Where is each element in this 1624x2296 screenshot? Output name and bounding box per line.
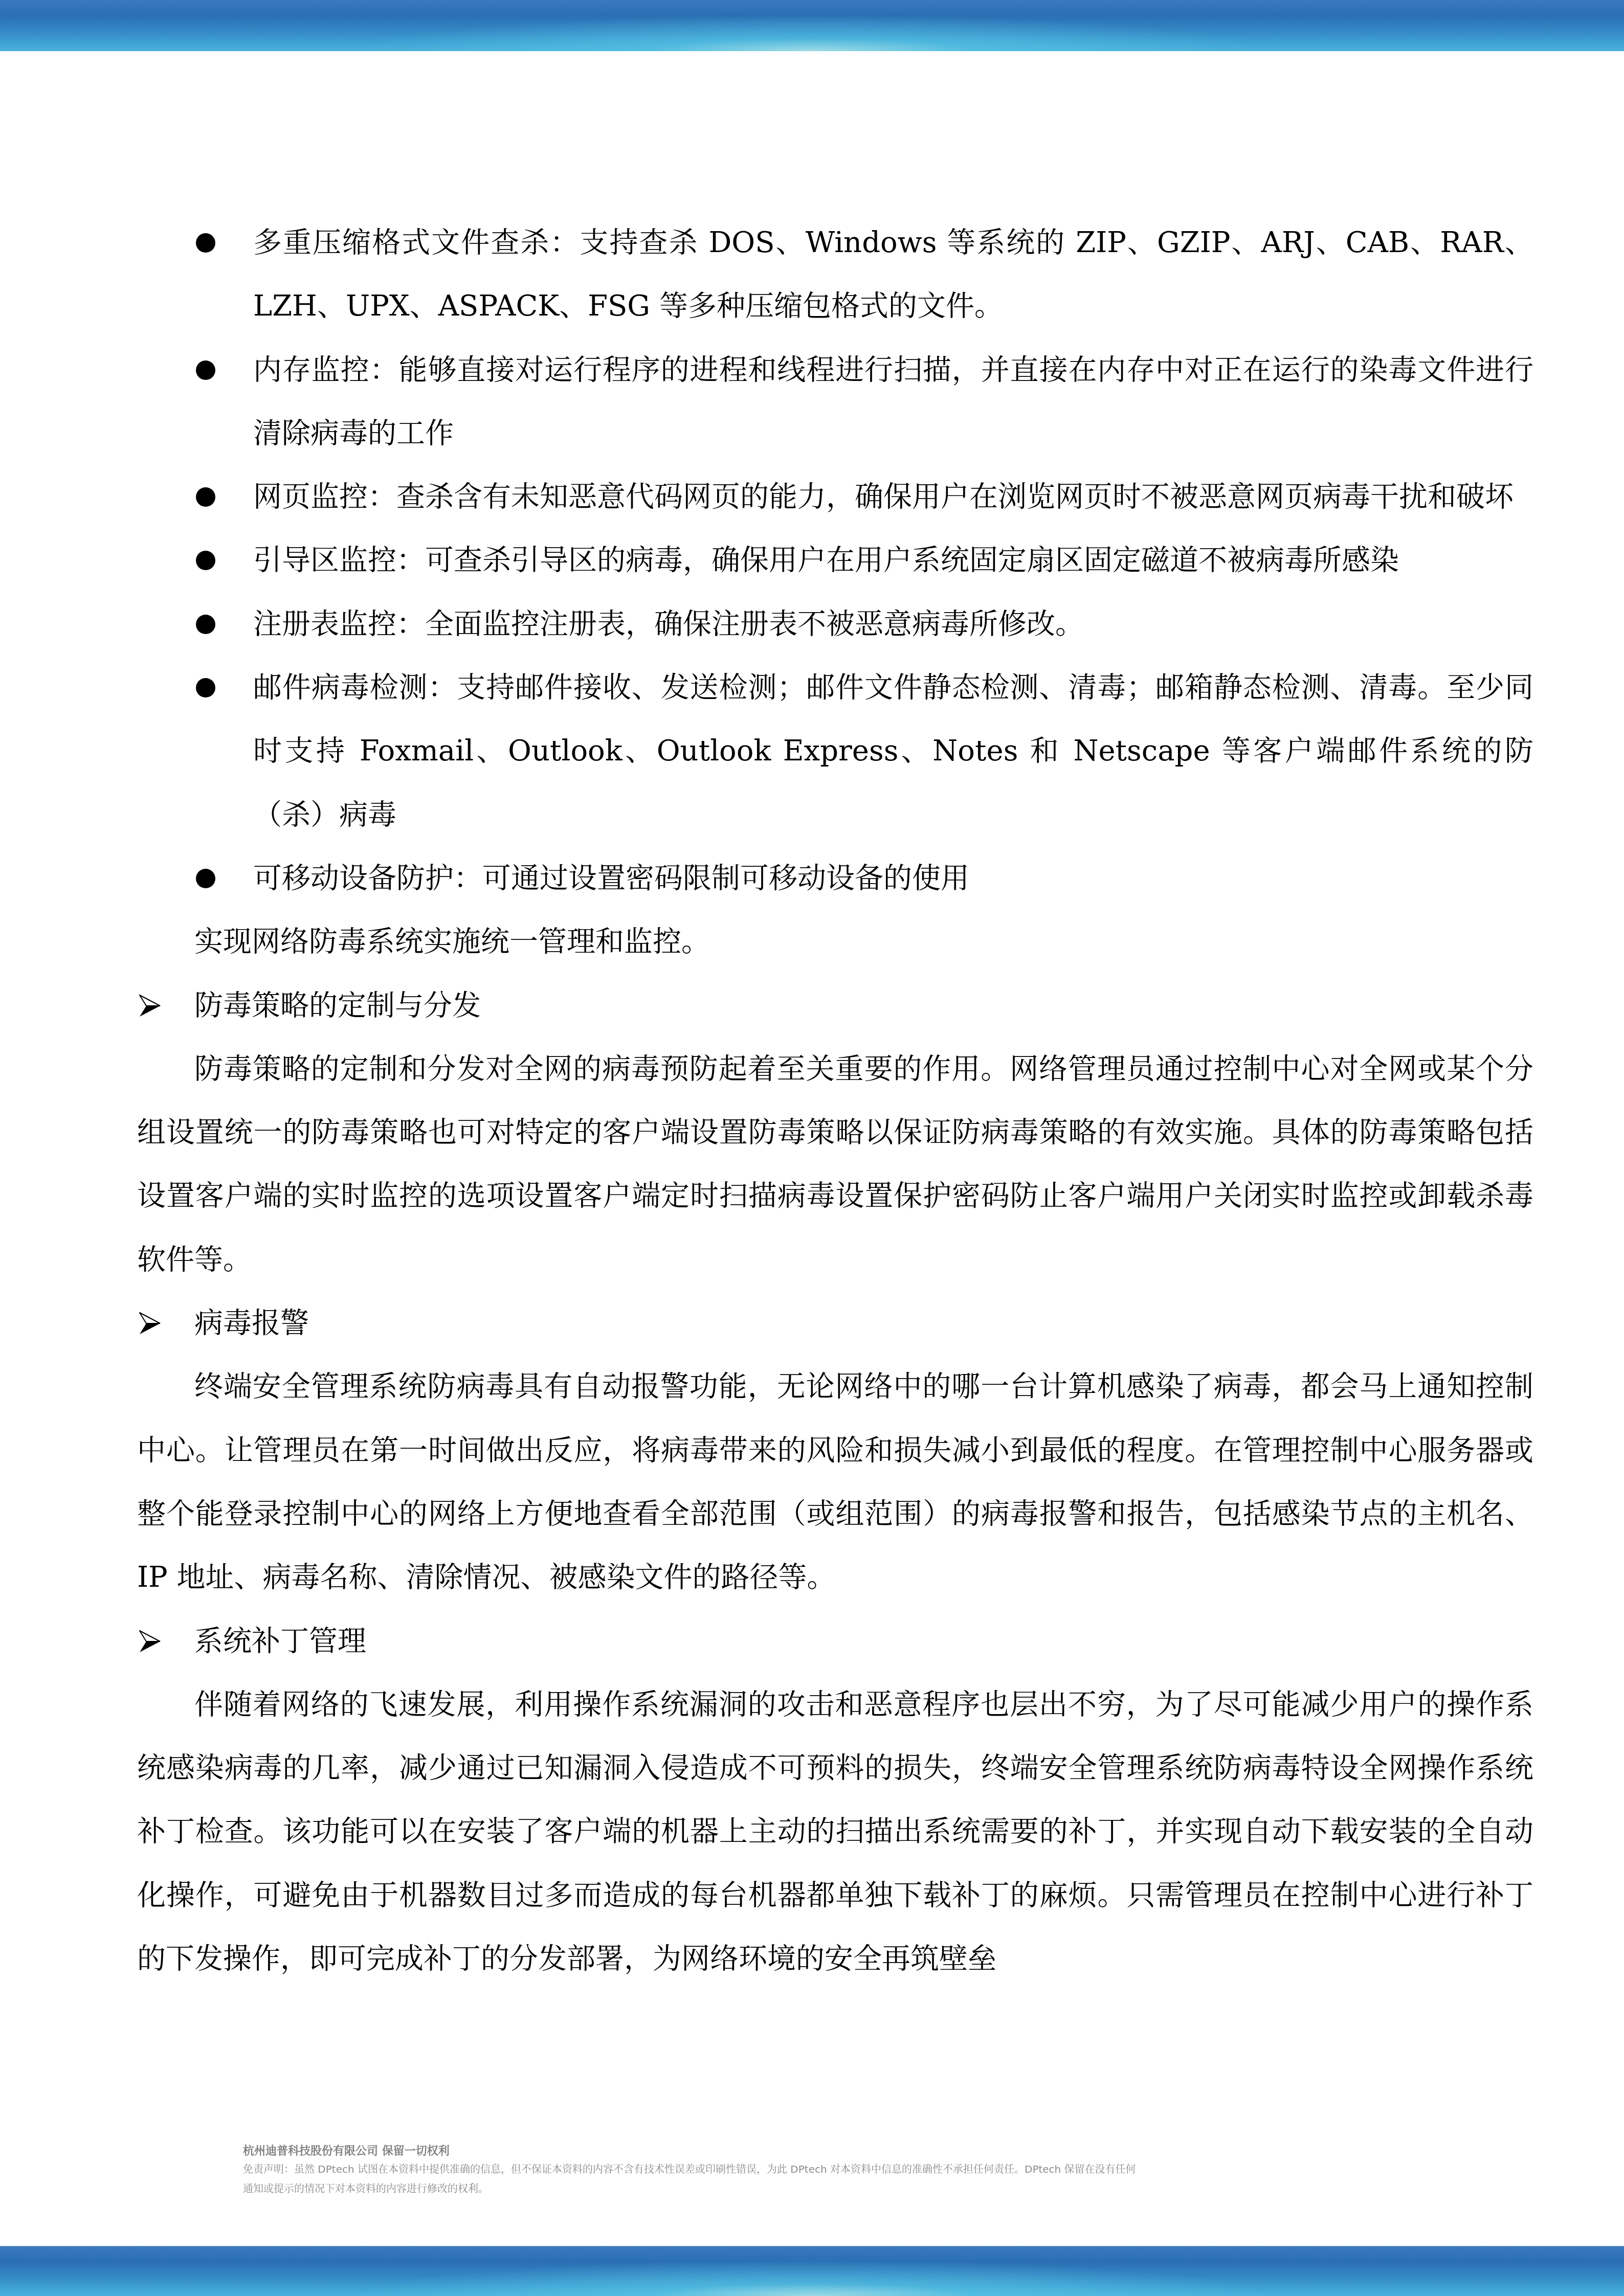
summary-line: 实现网络防毒系统实施统一管理和监控。 (137, 910, 1533, 974)
arrow-bullet-icon (139, 974, 161, 1038)
bullet-item-boot-sector: 引导区监控：可查杀引导区的病毒，确保用户在用户系统固定扇区固定磁道不被病毒所感染 (137, 529, 1533, 592)
arrow-bullet-icon (139, 1292, 161, 1355)
document-body: 多重压缩格式文件查杀：支持查杀 DOS、Windows 等系统的 ZIP、GZI… (137, 211, 1533, 1991)
bullet-dot-icon (196, 869, 215, 888)
section-paragraph-virus-alert: 终端安全管理系统防病毒具有自动报警功能，无论网络中的哪一台计算机感染了病毒，都会… (137, 1355, 1533, 1609)
bullet-item-memory: 内存监控：能够直接对运行程序的进程和线程进行扫描，并直接在内存中对正在运行的染毒… (137, 339, 1533, 466)
page-footer: 杭州迪普科技股份有限公司 保留一切权利 免责声明：虽然 DPtech 试图在本资… (243, 2144, 1368, 2198)
section-heading-virus-alert: 病毒报警 (137, 1292, 1533, 1355)
section-paragraph-policy: 防毒策略的定制和分发对全网的病毒预防起着至关重要的作用。网络管理员通过控制中心对… (137, 1038, 1533, 1292)
footer-disclaimer-line2: 通知或提示的情况下对本资料的内容进行修改的权利。 (243, 2179, 1368, 2198)
bullet-text: 可移动设备防护：可通过设置密码限制可移动设备的使用 (253, 862, 969, 895)
bullet-text: 引导区监控：可查杀引导区的病毒，确保用户在用户系统固定扇区固定磁道不被病毒所感染 (253, 544, 1399, 577)
bullet-text: 网页监控：查杀含有未知恶意代码网页的能力，确保用户在浏览网页时不被恶意网页病毒干… (253, 480, 1514, 513)
bullet-dot-icon (196, 551, 215, 570)
bullet-item-compression: 多重压缩格式文件查杀：支持查杀 DOS、Windows 等系统的 ZIP、GZI… (137, 211, 1533, 339)
section-heading-text: 系统补丁管理 (194, 1625, 366, 1658)
arrow-bullet-icon (139, 1610, 161, 1673)
bullet-dot-icon (196, 361, 215, 380)
footer-company: 杭州迪普科技股份有限公司 保留一切权利 (243, 2144, 1368, 2159)
bullet-text: 内存监控：能够直接对运行程序的进程和线程进行扫描，并直接在内存中对正在运行的染毒… (253, 353, 1533, 450)
bullet-item-email: 邮件病毒检测：支持邮件接收、发送检测；邮件文件静态检测、清毒；邮箱静态检测、清毒… (137, 656, 1533, 847)
header-band (0, 0, 1624, 51)
section-heading-text: 防毒策略的定制与分发 (194, 989, 481, 1022)
section-heading-patch-management: 系统补丁管理 (137, 1610, 1533, 1673)
footer-band (0, 2246, 1624, 2296)
section-paragraph-patch-management: 伴随着网络的飞速发展，利用操作系统漏洞的攻击和恶意程序也层出不穷，为了尽可能减少… (137, 1673, 1533, 1991)
section-heading-text: 病毒报警 (194, 1307, 309, 1340)
bullet-dot-icon (196, 615, 215, 634)
footer-disclaimer-line1: 免责声明：虽然 DPtech 试图在本资料中提供准确的信息，但不保证本资料的内容… (243, 2159, 1368, 2179)
bullet-text: 邮件病毒检测：支持邮件接收、发送检测；邮件文件静态检测、清毒；邮箱静态检测、清毒… (253, 671, 1533, 831)
bullet-dot-icon (196, 487, 215, 507)
bullet-item-removable-device: 可移动设备防护：可通过设置密码限制可移动设备的使用 (137, 847, 1533, 910)
section-heading-policy: 防毒策略的定制与分发 (137, 974, 1533, 1038)
bullet-text: 注册表监控：全面监控注册表，确保注册表不被恶意病毒所修改。 (253, 607, 1084, 641)
bullet-dot-icon (196, 678, 215, 697)
bullet-item-webpage: 网页监控：查杀含有未知恶意代码网页的能力，确保用户在浏览网页时不被恶意网页病毒干… (137, 465, 1533, 529)
bullet-text: 多重压缩格式文件查杀：支持查杀 DOS、Windows 等系统的 ZIP、GZI… (253, 226, 1533, 323)
bullet-item-registry: 注册表监控：全面监控注册表，确保注册表不被恶意病毒所修改。 (137, 593, 1533, 656)
bullet-dot-icon (196, 233, 215, 253)
